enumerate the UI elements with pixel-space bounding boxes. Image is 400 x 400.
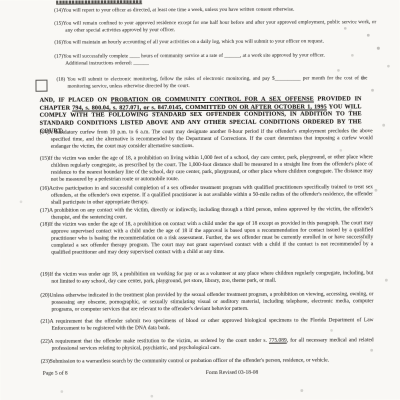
condition-text: A mandatory curfew from 10 p.m. to 6 a.m… [49,128,373,149]
sx-condition-16-treatment-program: (16)Active participation in and successf… [40,184,373,206]
condition-text: You will remain confined to your approve… [63,19,376,33]
condition-text: A requirement that the offender submit t… [50,317,374,331]
condition-number: (20) [40,293,49,299]
condition-text: If the victim was under the age of 18, a… [49,154,373,182]
condition-text: You will maintain an hourly accounting o… [63,38,324,45]
condition-number: (14) [54,8,63,14]
sx-condition-17-victim-contact: (17)A prohibition on any contact with th… [40,206,373,221]
clipped-top-line-fragment [56,0,142,4]
sx-condition-21-dna-specimens: (21)A requirement that the offender subm… [41,317,374,332]
condition-number: (22) [41,339,50,345]
sx-condition-20-pornography-prohibition: (20)Unless otherwise indicated in the tr… [40,291,373,313]
condition-number: (18) [56,77,65,83]
condition-number: (14) [40,130,49,136]
condition-text: If the victim was under the age of 18, a… [49,220,373,255]
condition-17-community-service: (17)You will successfully complete ____ … [54,52,374,67]
condition-number: (21) [41,319,50,325]
sx-condition-18-child-contact: (18)If the victim was under the age of 1… [40,220,373,257]
statute-reference: 775.089 [269,338,287,344]
sx-condition-19-work-restriction: (19)If the victim was under age 18, a pr… [40,270,373,285]
condition-15-confined-residence: (15)You will remain confined to your app… [54,19,376,34]
form-revision-label: Form Revised 03-18-08 [206,370,259,376]
condition-number: (16) [54,40,63,46]
sx-condition-15-residence-restriction: (15)If the victim was under the age of 1… [40,154,373,184]
sx-condition-22-restitution: (22)A requirement that the offender make… [41,337,374,352]
condition-text: Active participation in and successful c… [49,184,373,205]
header-underlined-statutes: 794, s. 800.04, s. 827.071, or s. 847.01… [72,104,326,111]
header-text: AND, IF PLACED ON [40,97,111,103]
condition-number: (15) [54,21,63,27]
scanned-probation-order-page: (14)You will report to your officer as d… [0,0,400,400]
condition-number: (23) [41,359,50,365]
condition-text: You will submit to electronic monitoring… [65,75,367,89]
condition-14-report: (14)You will report to your officer as d… [54,6,374,14]
condition-text: You will report to your officer as direc… [63,7,295,14]
sx-condition-14-curfew: (14)A mandatory curfew from 10 p.m. to 6… [40,128,373,150]
condition-text: If the victim was under age 18, a prohib… [49,270,373,284]
condition-18-electronic-monitoring: (18) You will submit to electronic monit… [56,75,367,90]
condition-number: (18) [40,222,49,228]
header-underlined-clause: PROBATION OR COMMUNITY CONTROL FOR A SEX… [111,97,314,104]
scan-noise-speckles [0,1,1,3]
condition-number: (17) [40,208,49,214]
condition-16-daily-log: (16)You will maintain an hourly accounti… [54,38,374,46]
condition-number: (16) [40,186,49,192]
condition-text: Submission to a warrantless search by th… [50,357,329,364]
additional-instructions-line: Additional instructions ordered: ______ [65,60,149,66]
condition-text: You will successfully complete ____ hour… [63,52,325,59]
condition-text: A requirement that the offender make res… [50,338,269,345]
condition-number: (15) [40,156,49,162]
condition-text: A prohibition on any contact with the vi… [49,206,373,220]
condition-number: (17) [54,54,63,60]
electronic-monitoring-checkbox[interactable] [35,80,47,92]
condition-text: Unless otherwise indicated in the treatm… [49,291,373,312]
page-number-label: Page 5 of 8 [43,371,68,377]
condition-number: (19) [40,272,49,278]
sx-condition-23-warrantless-search: (23)Submission to a warrantless search b… [41,357,374,365]
